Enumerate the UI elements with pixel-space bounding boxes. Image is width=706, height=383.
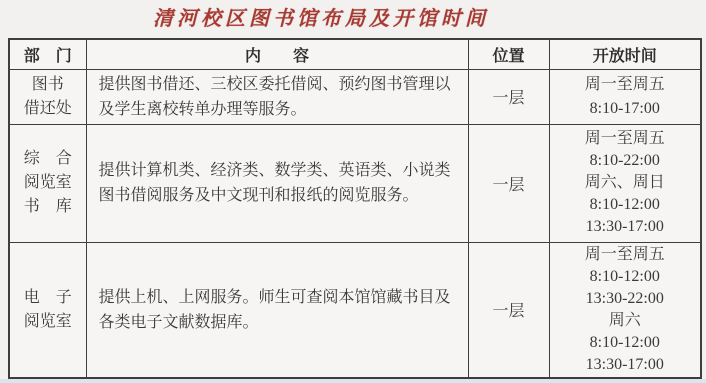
library-schedule-table: 部 门 内 容 位置 开放时间 图书 借还处 提供图书借还、三校区委托借阅、预约… (8, 38, 702, 379)
content-cell: 提供计算机类、经济类、数学类、英语类、小说类图书借阅服务及中文现刊和报纸的阅览服… (86, 124, 468, 242)
hours-line: 8:10-17:00 (551, 97, 700, 121)
hours-line: 8:10-12:00 (551, 266, 700, 288)
header-department: 部 门 (9, 39, 86, 69)
department-line: 综 合 (11, 147, 85, 171)
hours-line: 8:10-12:00 (551, 332, 700, 354)
location-cell: 一层 (468, 69, 549, 124)
hours-line: 13:30-17:00 (551, 354, 700, 376)
hours-line: 13:30-22:00 (551, 288, 700, 310)
location-cell: 一层 (468, 242, 549, 378)
department-cell: 图书 借还处 (9, 69, 86, 124)
hours-line: 周一至周五 (551, 128, 700, 150)
hours-line: 8:10-22:00 (551, 150, 700, 172)
hours-line: 周六 (551, 310, 700, 332)
table-row-electronic-reading-room: 电 子 阅览室 提供上机、上网服务。师生可查阅本馆馆藏书目及各类电子文献数据库。… (9, 242, 701, 378)
hours-line: 周一至周五 (551, 73, 700, 97)
page-title: 清河校区图书馆布局及开馆时间 (0, 2, 706, 31)
hours-line: 周六、周日 (551, 172, 700, 194)
department-line: 借还处 (11, 97, 85, 121)
department-cell: 电 子 阅览室 (9, 242, 86, 378)
hours-cell: 周一至周五 8:10-22:00 周六、周日 8:10-12:00 13:30-… (549, 124, 701, 242)
header-location: 位置 (468, 39, 549, 69)
table-row-circulation-desk: 图书 借还处 提供图书借还、三校区委托借阅、预约图书管理以及学生离校转单办理等服… (9, 69, 701, 124)
header-hours: 开放时间 (549, 39, 701, 69)
content-cell: 提供图书借还、三校区委托借阅、预约图书管理以及学生离校转单办理等服务。 (86, 69, 468, 124)
hours-line: 周一至周五 (551, 244, 700, 266)
table-row-general-reading-room: 综 合 阅览室 书 库 提供计算机类、经济类、数学类、英语类、小说类图书借阅服务… (9, 124, 701, 242)
location-cell: 一层 (468, 124, 549, 242)
department-line: 阅览室 (11, 310, 85, 334)
department-line: 电 子 (11, 286, 85, 310)
content-cell: 提供上机、上网服务。师生可查阅本馆馆藏书目及各类电子文献数据库。 (86, 242, 468, 378)
department-cell: 综 合 阅览室 书 库 (9, 124, 86, 242)
hours-line: 8:10-12:00 (551, 194, 700, 216)
hours-cell: 周一至周五 8:10-12:00 13:30-22:00 周六 8:10-12:… (549, 242, 701, 378)
department-line: 图书 (11, 73, 85, 97)
department-line: 阅览室 (11, 171, 85, 195)
hours-cell: 周一至周五 8:10-17:00 (549, 69, 701, 124)
hours-line: 13:30-17:00 (551, 216, 700, 238)
header-row: 部 门 内 容 位置 开放时间 (9, 39, 701, 69)
header-content: 内 容 (86, 39, 468, 69)
department-line: 书 库 (11, 195, 85, 219)
photo-edge (0, 379, 706, 383)
